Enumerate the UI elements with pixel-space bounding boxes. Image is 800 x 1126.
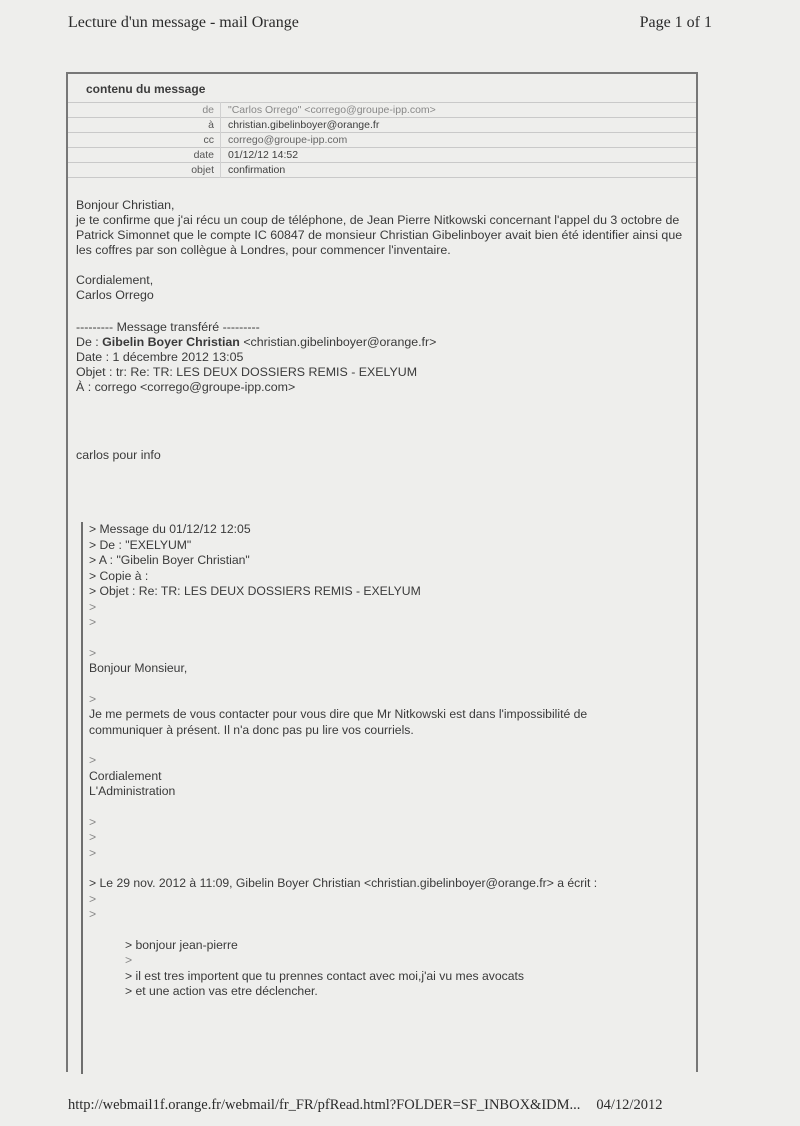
header-label: à: [68, 118, 221, 133]
body-paragraph: je te confirme que j'ai récu un coup de …: [76, 213, 686, 258]
quote-line: > Objet : Re: TR: LES DEUX DOSSIERS REMI…: [83, 584, 696, 600]
header-row-subject: objet confirmation: [68, 163, 696, 178]
nested-quote-line: > et une action vas etre déclencher.: [83, 984, 696, 1000]
nested-quote-line: > il est tres importent que tu prennes c…: [83, 969, 696, 985]
quote-line: > De : "EXELYUM": [83, 538, 696, 554]
quote-marker: >: [83, 815, 696, 831]
quote-closing: Cordialement: [83, 769, 696, 785]
page-number: Page 1 of 1: [640, 14, 712, 32]
print-footer: http://webmail1f.orange.fr/webmail/fr_FR…: [68, 1097, 712, 1114]
quote-marker: >: [83, 646, 696, 662]
quote-marker: >: [83, 846, 696, 862]
quoted-message: > Message du 01/12/12 12:05 > De : "EXEL…: [81, 522, 696, 1074]
header-row-date: date 01/12/12 14:52: [68, 148, 696, 163]
quote-greeting: Bonjour Monsieur,: [83, 661, 696, 677]
page-url: http://webmail1f.orange.fr/webmail/fr_FR…: [68, 1097, 580, 1114]
header-row-cc: cc corrego@groupe-ipp.com: [68, 133, 696, 148]
header-value-to: christian.gibelinboyer@orange.fr: [221, 118, 697, 133]
forward-note: carlos pour info: [76, 448, 686, 463]
signature: Carlos Orrego: [76, 288, 686, 303]
header-value-subject: confirmation: [221, 163, 697, 178]
quote-marker: >: [83, 753, 696, 769]
header-row-to: à christian.gibelinboyer@orange.fr: [68, 118, 696, 133]
message-frame: contenu du message de "Carlos Orrego" <c…: [66, 72, 698, 1072]
message-body: Bonjour Christian, je te confirme que j'…: [76, 198, 686, 303]
quote-marker: >: [83, 692, 696, 708]
quote-marker: >: [83, 892, 696, 908]
nested-quote-line: >: [83, 953, 696, 969]
greeting: Bonjour Christian,: [76, 198, 686, 213]
quote-line: >: [83, 615, 696, 631]
header-value-cc: corrego@groupe-ipp.com: [221, 133, 697, 148]
quote-marker: >: [83, 830, 696, 846]
header-label: de: [68, 103, 221, 118]
section-title: contenu du message: [68, 74, 696, 102]
nested-quote-line: > bonjour jean-pierre: [83, 938, 696, 954]
message-headers: de "Carlos Orrego" <corrego@groupe-ipp.c…: [68, 102, 696, 178]
header-row-from: de "Carlos Orrego" <corrego@groupe-ipp.c…: [68, 103, 696, 118]
quote-line: > Message du 01/12/12 12:05: [83, 522, 696, 538]
print-date: 04/12/2012: [596, 1097, 662, 1114]
print-header: Lecture d'un message - mail Orange Page …: [68, 14, 712, 32]
forward-from-email: <christian.gibelinboyer@orange.fr>: [240, 335, 436, 349]
forward-separator: --------- Message transféré ---------: [76, 320, 686, 335]
header-label: cc: [68, 133, 221, 148]
print-title: Lecture d'un message - mail Orange: [68, 14, 299, 32]
header-value-from: "Carlos Orrego" <corrego@groupe-ipp.com>: [221, 103, 697, 118]
forwarded-header: --------- Message transféré --------- De…: [76, 320, 686, 395]
forward-note-text: carlos pour info: [76, 448, 686, 463]
quote-attribution: > Le 29 nov. 2012 à 11:09, Gibelin Boyer…: [83, 876, 696, 892]
quote-signature: L'Administration: [83, 784, 696, 800]
forward-from-label: De :: [76, 335, 102, 349]
closing: Cordialement,: [76, 273, 686, 288]
header-label: objet: [68, 163, 221, 178]
quote-paragraph: Je me permets de vous contacter pour vou…: [83, 707, 696, 738]
header-label: date: [68, 148, 221, 163]
forward-from: De : Gibelin Boyer Christian <christian.…: [76, 335, 686, 350]
quote-line: > Copie à :: [83, 569, 696, 585]
forward-date: Date : 1 décembre 2012 13:05: [76, 350, 686, 365]
header-value-date: 01/12/12 14:52: [221, 148, 697, 163]
quote-marker: >: [83, 907, 696, 923]
quote-line: > A : "Gibelin Boyer Christian": [83, 553, 696, 569]
quote-line: >: [83, 600, 696, 616]
forward-to: À : corrego <corrego@groupe-ipp.com>: [76, 380, 686, 395]
forward-from-name: Gibelin Boyer Christian: [102, 335, 240, 349]
forward-subject: Objet : tr: Re: TR: LES DEUX DOSSIERS RE…: [76, 365, 686, 380]
